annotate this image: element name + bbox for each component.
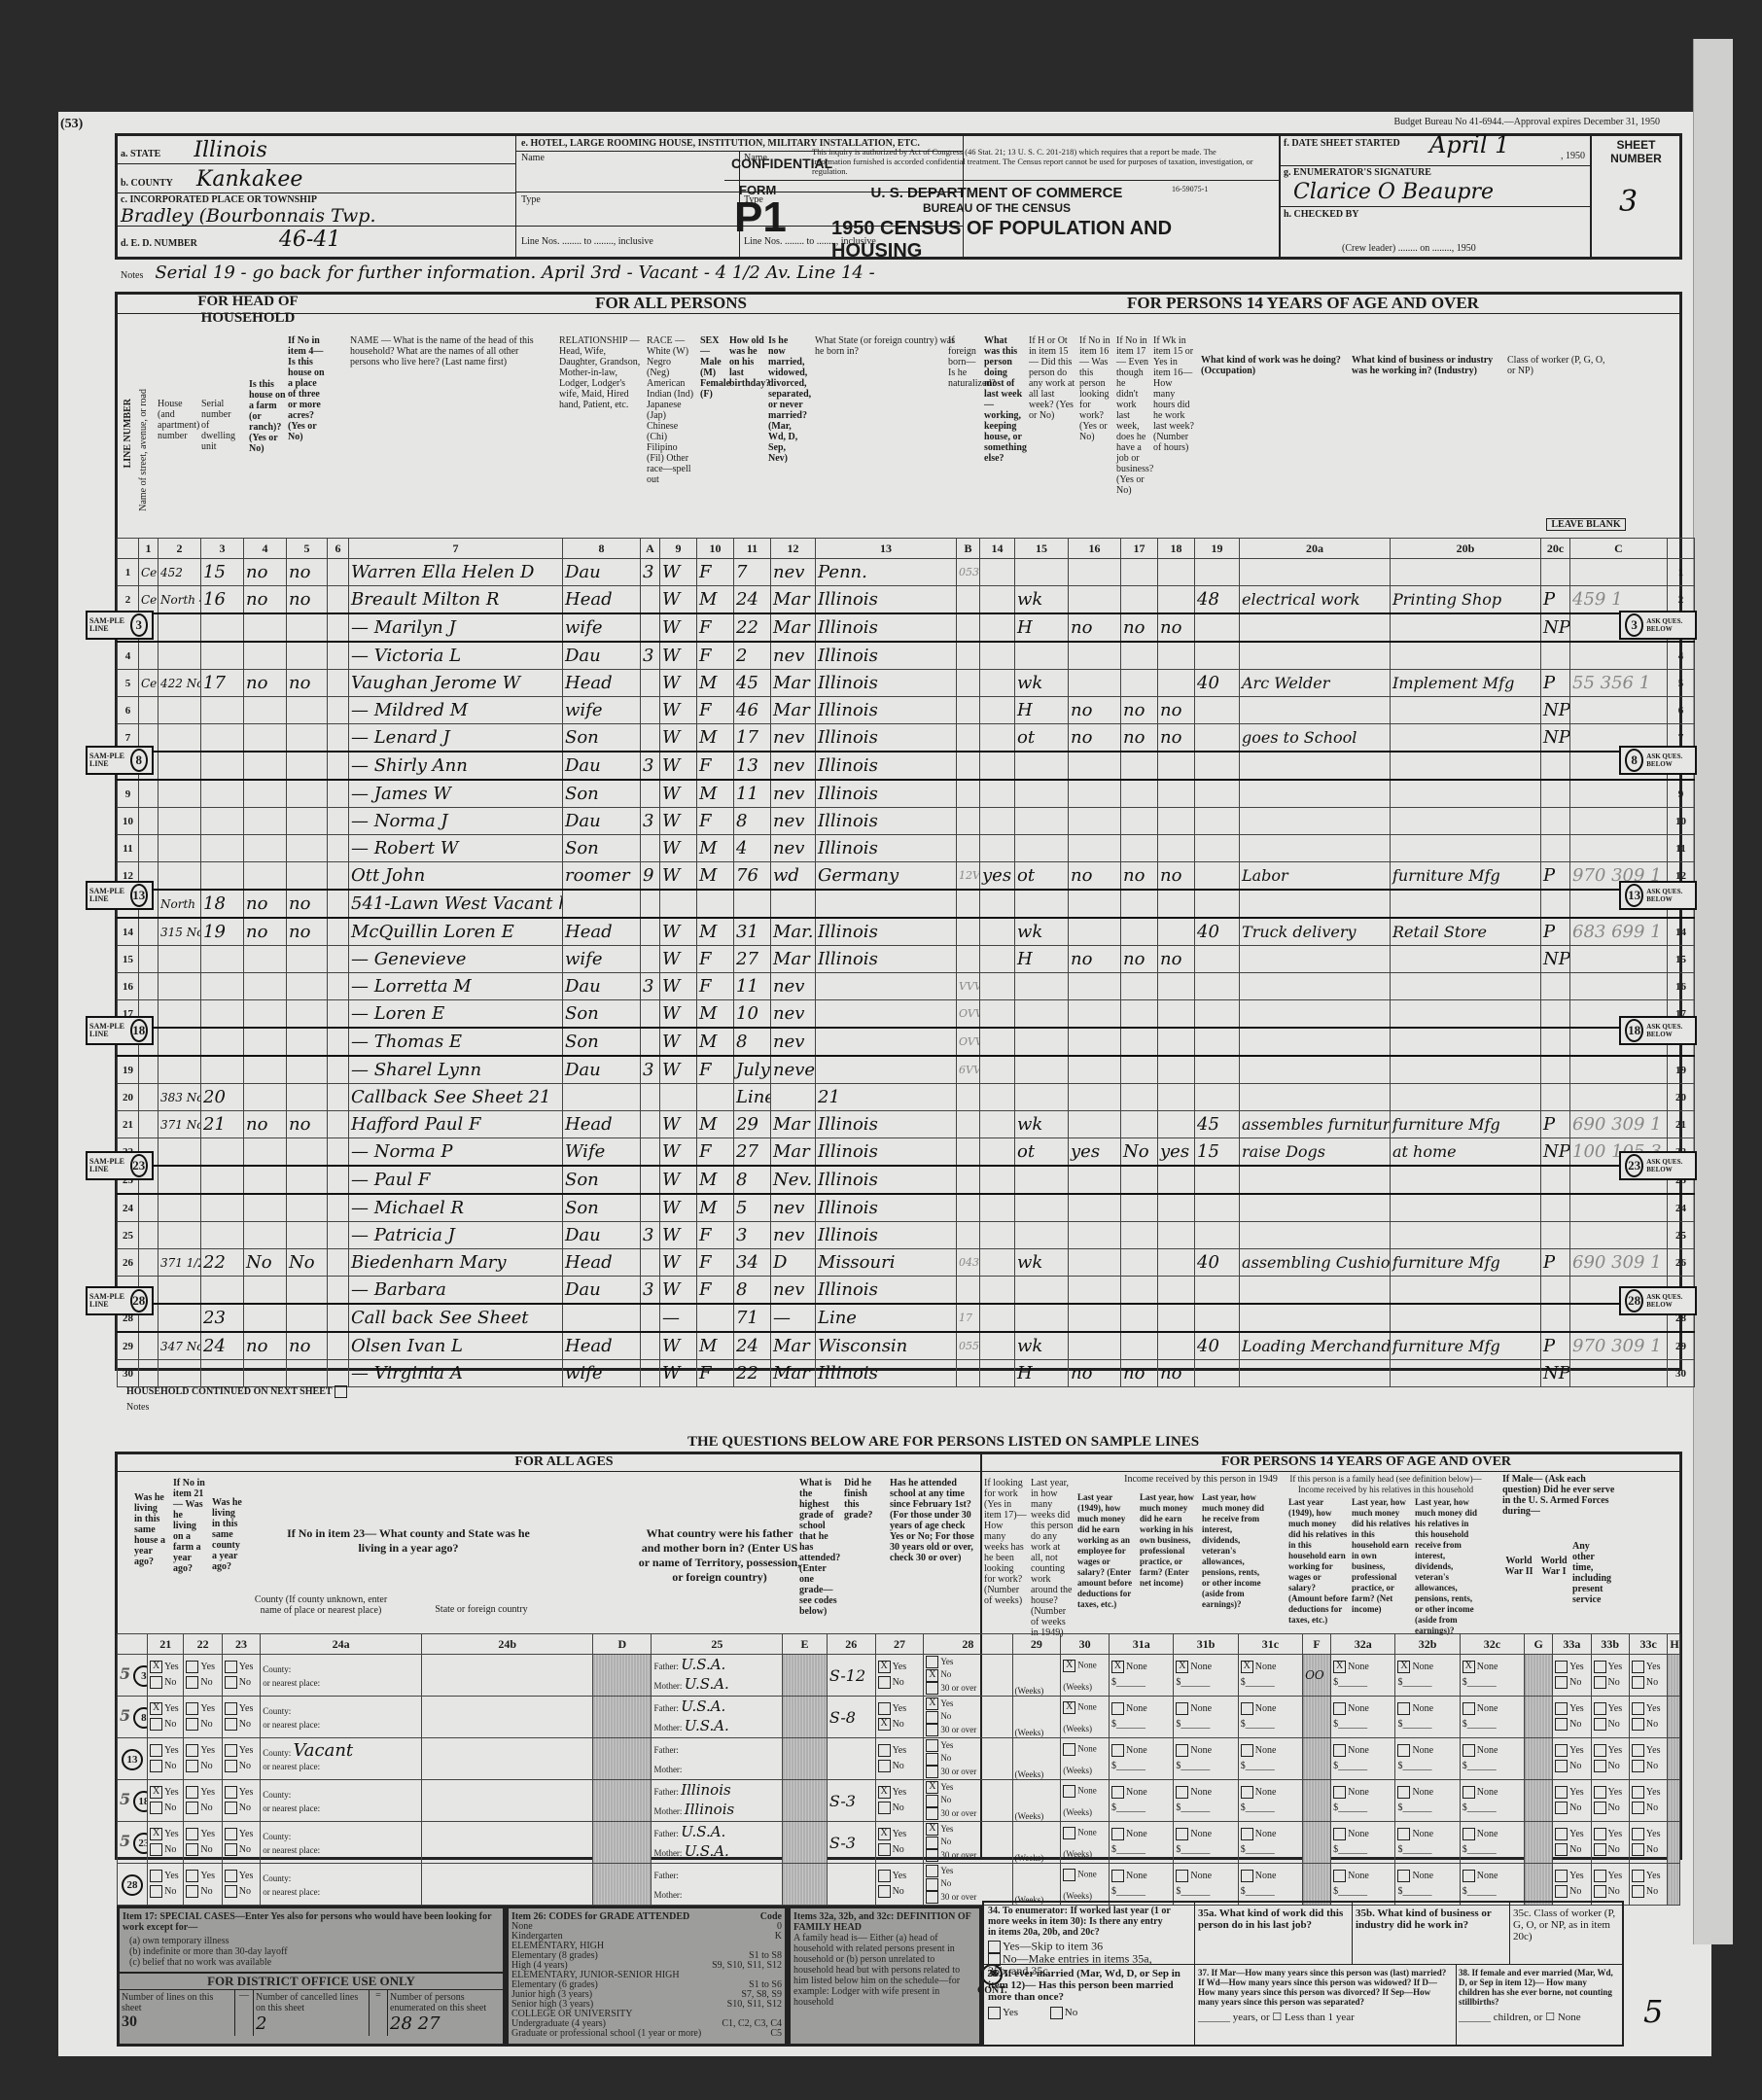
occupation-cell: Loading Merchandise: [1240, 1332, 1391, 1360]
q32c-none-checkbox[interactable]: X: [1462, 1661, 1475, 1673]
q32a-none-checkbox[interactable]: [1333, 1870, 1346, 1882]
q33a-no-checkbox[interactable]: [1555, 1885, 1568, 1898]
mother-birthplace[interactable]: Illinois: [685, 1801, 735, 1818]
table-row: 18— Thomas ESonWM8nevOVV18: [118, 1028, 1695, 1056]
q28-no-checkbox[interactable]: [926, 1753, 938, 1766]
father-birthplace[interactable]: U.S.A.: [681, 1823, 725, 1840]
q27-yes-checkbox[interactable]: [878, 1744, 891, 1757]
q33c-no-checkbox[interactable]: [1632, 1885, 1644, 1898]
q32c-none-checkbox[interactable]: [1462, 1702, 1475, 1715]
name-cell: — Mildred M: [349, 697, 563, 724]
race-cell: W: [660, 1249, 697, 1277]
q31a-none-checkbox[interactable]: [1111, 1702, 1124, 1715]
q28-header: Has he attended school at any time since…: [890, 1478, 975, 1563]
state-value[interactable]: [422, 1697, 593, 1738]
q32b-none-checkbox[interactable]: [1397, 1870, 1410, 1882]
q31b-none-checkbox[interactable]: X: [1176, 1661, 1188, 1673]
q31a-none-checkbox[interactable]: [1111, 1828, 1124, 1840]
industry-cell: [1391, 1166, 1541, 1194]
q21-no-checkbox[interactable]: [150, 1885, 162, 1898]
table-row: 23— Paul FSonWM8Nev.Illinois23: [118, 1166, 1695, 1194]
q33b-yes-checkbox[interactable]: [1594, 1828, 1606, 1840]
birthplace-cell: Illinois: [816, 835, 957, 862]
q30-none-checkbox[interactable]: [1063, 1827, 1075, 1839]
age-cell: 17: [734, 724, 771, 752]
q33c-no-checkbox[interactable]: [1632, 1760, 1644, 1772]
q27-yes-checkbox[interactable]: X: [878, 1828, 891, 1840]
q21-yes-checkbox[interactable]: X: [150, 1786, 162, 1799]
q33b-no-checkbox[interactable]: [1594, 1802, 1606, 1814]
q33a-yes-checkbox[interactable]: [1555, 1786, 1568, 1799]
q27-no-checkbox[interactable]: [878, 1885, 891, 1898]
q23-no-checkbox[interactable]: [225, 1885, 237, 1898]
q28-30-over-checkbox[interactable]: [926, 1724, 938, 1736]
q32b-none-checkbox[interactable]: [1397, 1828, 1410, 1840]
q21-no-checkbox[interactable]: [150, 1843, 162, 1856]
class-cell: [1541, 1000, 1570, 1029]
q33c-yes-checkbox[interactable]: [1632, 1661, 1644, 1673]
q33c-no-checkbox[interactable]: [1632, 1843, 1644, 1856]
grade-code-value: C5: [770, 2029, 782, 2039]
sample-column-number: 27: [875, 1634, 924, 1655]
q31c-none-checkbox[interactable]: [1241, 1786, 1253, 1799]
grade-attended[interactable]: S-3: [827, 1780, 875, 1822]
col13-header: What State (or foreign country) was he b…: [815, 335, 961, 357]
col10-header: SEX — Male (M) Female (F): [700, 335, 727, 400]
q23-no-checkbox[interactable]: [225, 1676, 237, 1689]
agriculture-number-cell: [328, 559, 349, 586]
q32a-none-checkbox[interactable]: X: [1333, 1661, 1346, 1673]
street-cell: [139, 1084, 159, 1111]
q33b-yes-checkbox[interactable]: [1594, 1786, 1606, 1799]
q31b-none-checkbox[interactable]: [1176, 1744, 1188, 1757]
birthplace-cell: Wisconsin: [816, 1332, 957, 1360]
activity-cell: wk: [1015, 1249, 1069, 1277]
b-cell: 6VV: [957, 1056, 980, 1084]
farm-cell: [244, 1360, 287, 1387]
rel-cell: Son: [563, 780, 641, 808]
job-cell: [1158, 1249, 1195, 1277]
q23-yes-checkbox[interactable]: [225, 1870, 237, 1882]
q33b-no-checkbox[interactable]: [1594, 1676, 1606, 1689]
birthplace-cell: [816, 1000, 957, 1029]
q33c-no-checkbox[interactable]: [1632, 1676, 1644, 1689]
q31b-none-checkbox[interactable]: [1176, 1702, 1188, 1715]
farm-cell: [244, 835, 287, 862]
activity-cell: [1015, 1222, 1069, 1249]
q28-no-checkbox[interactable]: [926, 1711, 938, 1724]
agriculture-number-cell: [328, 780, 349, 808]
q23-yes-checkbox[interactable]: [225, 1661, 237, 1673]
q28-yes-checkbox[interactable]: X: [926, 1823, 938, 1836]
q31c-none-checkbox[interactable]: [1241, 1744, 1253, 1757]
q21-no-checkbox[interactable]: [150, 1802, 162, 1814]
q33b-yes-checkbox[interactable]: [1594, 1661, 1606, 1673]
weeks-looking[interactable]: (Weeks): [1012, 1697, 1061, 1738]
q33b-no-checkbox[interactable]: [1594, 1718, 1606, 1731]
q31b-none-checkbox[interactable]: [1176, 1870, 1188, 1882]
sex-cell: M: [697, 1194, 734, 1222]
q22-yes-checkbox[interactable]: [186, 1661, 198, 1673]
birthplace-cell: 21: [816, 1084, 957, 1111]
state-value: Illinois: [194, 138, 267, 162]
leave-blank-h: [1668, 1697, 1680, 1738]
q21-yes-checkbox[interactable]: [150, 1870, 162, 1882]
q28-no-checkbox[interactable]: [926, 1878, 938, 1891]
q28-yes-checkbox[interactable]: [926, 1865, 938, 1877]
q32a-none-checkbox[interactable]: [1333, 1828, 1346, 1840]
q28-30-over-checkbox[interactable]: [926, 1807, 938, 1820]
q27-yes-checkbox[interactable]: [878, 1870, 891, 1882]
q21-yes-checkbox[interactable]: X: [150, 1661, 162, 1673]
farm-cell: [244, 1056, 287, 1084]
name-cell: — Loren E: [349, 1000, 563, 1029]
q30-none-checkbox[interactable]: [1063, 1869, 1075, 1881]
q33a-no-checkbox[interactable]: [1555, 1676, 1568, 1689]
q36-no-checkbox[interactable]: [1050, 2007, 1063, 2019]
q27-no-checkbox[interactable]: [878, 1802, 891, 1814]
leave-blank-d: [593, 1738, 652, 1780]
hours-cell: [1195, 1194, 1240, 1222]
table-row: 2823Call back See Sheet—71—Line1728: [118, 1304, 1695, 1332]
state-value[interactable]: [422, 1864, 593, 1906]
q34-yes-checkbox[interactable]: [988, 1941, 1001, 1953]
q21-no-checkbox[interactable]: [150, 1718, 162, 1731]
class-cell: P: [1541, 1249, 1570, 1277]
q31a-none-checkbox[interactable]: [1111, 1786, 1124, 1799]
q22-no-checkbox[interactable]: [186, 1676, 198, 1689]
serial-cell: [201, 1000, 244, 1029]
q28-no-checkbox[interactable]: X: [926, 1669, 938, 1682]
col8-header: RELATIONSHIP — Head, Wife, Daughter, Gra…: [559, 335, 642, 410]
job-cell: [1158, 559, 1195, 586]
q23-no-checkbox[interactable]: [225, 1718, 237, 1731]
class-cell: [1541, 1056, 1570, 1084]
q31c-none-checkbox[interactable]: [1241, 1828, 1253, 1840]
state-value[interactable]: [422, 1822, 593, 1864]
class-cell: [1541, 835, 1570, 862]
household-continued-checkbox[interactable]: [335, 1385, 347, 1398]
table-row: 21371 North21nonoHafford Paul FHeadWM29M…: [118, 1111, 1695, 1138]
q22-no-checkbox[interactable]: [186, 1802, 198, 1814]
q27-yes-checkbox[interactable]: [878, 1702, 891, 1715]
weeks-looking[interactable]: (Weeks): [1012, 1655, 1061, 1697]
q28-yes-checkbox[interactable]: X: [926, 1697, 938, 1710]
col5-header: If No in item 4— Is this house on a plac…: [288, 335, 325, 442]
job-cell: [1158, 1222, 1195, 1249]
q23-yes-checkbox[interactable]: [225, 1786, 237, 1799]
q27-yes-checkbox[interactable]: X: [878, 1786, 891, 1799]
sex-cell: M: [697, 1000, 734, 1029]
q30-none-checkbox[interactable]: [1063, 1785, 1075, 1798]
state-value[interactable]: [422, 1738, 593, 1780]
q33a-yes-checkbox[interactable]: [1555, 1661, 1568, 1673]
mother-birthplace[interactable]: U.S.A.: [685, 1675, 729, 1693]
looking-cell: [1121, 918, 1158, 946]
q27-no-checkbox[interactable]: [878, 1760, 891, 1772]
q28-yes-checkbox[interactable]: [926, 1656, 938, 1668]
q33c-yes-checkbox[interactable]: [1632, 1744, 1644, 1757]
q23-yes-checkbox[interactable]: [225, 1828, 237, 1840]
q33c-yes-checkbox[interactable]: [1632, 1870, 1644, 1882]
activity-cell: [1015, 1166, 1069, 1194]
q33b-header: World War I: [1537, 1556, 1570, 1577]
q33c-yes-checkbox[interactable]: [1632, 1828, 1644, 1840]
q33b-no-checkbox[interactable]: [1594, 1760, 1606, 1772]
looking-cell: [1121, 1222, 1158, 1249]
q33a-yes-checkbox[interactable]: [1555, 1828, 1568, 1840]
grade-attended[interactable]: [827, 1738, 875, 1780]
occupation-cell: assembles furniture: [1240, 1111, 1391, 1138]
q22-yes-checkbox[interactable]: [186, 1786, 198, 1799]
q30-none-checkbox[interactable]: X: [1063, 1701, 1075, 1714]
q32b-header: Last year, how much money did his relati…: [1352, 1497, 1412, 1615]
mother-birthplace[interactable]: U.S.A.: [685, 1717, 729, 1734]
q23-no-checkbox[interactable]: [225, 1760, 237, 1772]
q32c-none-checkbox[interactable]: [1462, 1870, 1475, 1882]
q32a-none-checkbox[interactable]: [1333, 1702, 1346, 1715]
q33a-no-checkbox[interactable]: [1555, 1760, 1568, 1772]
q22-no-checkbox[interactable]: [186, 1718, 198, 1731]
special-cases-box: Item 17: SPECIAL CASES—Enter Yes also fo…: [117, 1906, 506, 2047]
q33b-no-checkbox[interactable]: [1594, 1843, 1606, 1856]
q21-yes-checkbox[interactable]: X: [150, 1702, 162, 1715]
q28-30-over-checkbox[interactable]: [926, 1891, 938, 1904]
marital-cell: nev: [771, 973, 816, 1000]
house-cell: North 442: [159, 586, 201, 614]
q33a-no-checkbox[interactable]: [1555, 1718, 1568, 1731]
population-table: 12345678A910111213B14151617181920a20b20c…: [117, 538, 1695, 1387]
q23-yes-checkbox[interactable]: [225, 1702, 237, 1715]
father-birthplace[interactable]: U.S.A.: [681, 1697, 725, 1715]
weeks-looking[interactable]: (Weeks): [1012, 1822, 1061, 1864]
sample-margin-mark: 5: [120, 1706, 130, 1725]
q23-no-checkbox[interactable]: [225, 1802, 237, 1814]
b-cell: [957, 613, 980, 642]
q32a-none-checkbox[interactable]: [1333, 1744, 1346, 1757]
q22-no-checkbox[interactable]: [186, 1843, 198, 1856]
leave-blank-g: [1525, 1697, 1553, 1738]
industry-cell: [1391, 835, 1541, 862]
occupation-cell: [1240, 835, 1391, 862]
q31a-none-checkbox[interactable]: [1111, 1744, 1124, 1757]
birthplace-cell: Illinois: [816, 642, 957, 670]
ask-questions-below-badge: 3ASK QUES. BELOW: [1619, 611, 1697, 640]
street-cell: [139, 1056, 159, 1084]
q28-yes-checkbox[interactable]: [926, 1739, 938, 1752]
q33a-no-checkbox[interactable]: [1555, 1843, 1568, 1856]
q28-30-over-checkbox[interactable]: [926, 1766, 938, 1778]
nearest-place-label: or nearest place:: [263, 1887, 320, 1897]
q32c-none-checkbox[interactable]: [1462, 1786, 1475, 1799]
q21-yes-checkbox[interactable]: [150, 1744, 162, 1757]
occupation-cell: [1240, 973, 1391, 1000]
column-number: 9: [660, 539, 697, 559]
q31c-none-checkbox[interactable]: [1241, 1870, 1253, 1882]
leave-blank-g: [1525, 1655, 1553, 1697]
persons-label: Number of persons enumerated on this she…: [390, 1992, 501, 2013]
q33c-yes-checkbox[interactable]: [1632, 1786, 1644, 1799]
name-cell: — Sharel Lynn: [349, 1056, 563, 1084]
state-value[interactable]: [422, 1780, 593, 1822]
work-cell: [1069, 1056, 1121, 1084]
q34-text: 34. To enumerator: If worked last year (…: [988, 1906, 1173, 1938]
q33c-no-checkbox[interactable]: [1632, 1802, 1644, 1814]
q38-answer: ______ children, or ☐ None: [1459, 2011, 1619, 2023]
grade-attended[interactable]: S-8: [827, 1697, 875, 1738]
activity-cell: ot: [1015, 1138, 1069, 1167]
house-cell: [159, 613, 201, 642]
farm-cell: no: [244, 586, 287, 614]
grade-attended[interactable]: S-12: [827, 1655, 875, 1697]
age-cell: 34: [734, 1249, 771, 1277]
q23-no-checkbox[interactable]: [225, 1843, 237, 1856]
serial-cell: [201, 697, 244, 724]
nat-cell: [980, 1028, 1015, 1056]
leave-blank-f: [1303, 1864, 1331, 1906]
q36-yes-checkbox[interactable]: [988, 2007, 1001, 2019]
looking-cell: No: [1121, 1138, 1158, 1167]
col1-header: Name of street, avenue, or road: [138, 389, 152, 511]
name-cell: Hafford Paul F: [349, 1111, 563, 1138]
b-cell: 17: [957, 1304, 980, 1332]
farm-cell: [244, 724, 287, 752]
acres-cell: no: [287, 559, 328, 586]
marital-cell: nev: [771, 559, 816, 586]
line-number: 5: [1668, 670, 1695, 697]
job-cell: [1158, 1084, 1195, 1111]
q21-no-checkbox[interactable]: [150, 1676, 162, 1689]
q31c-none-checkbox[interactable]: X: [1241, 1661, 1253, 1673]
q23-yes-checkbox[interactable]: [225, 1744, 237, 1757]
q22-no-checkbox[interactable]: [186, 1760, 198, 1772]
sample-column-number: 30: [1061, 1634, 1110, 1655]
q28-yes-checkbox[interactable]: X: [926, 1781, 938, 1794]
q33a-yes-checkbox[interactable]: [1555, 1870, 1568, 1882]
q32c-none-checkbox[interactable]: [1462, 1744, 1475, 1757]
q33c-yes-checkbox[interactable]: [1632, 1702, 1644, 1715]
county-label: County:: [263, 1664, 291, 1674]
q33c-no-checkbox[interactable]: [1632, 1718, 1644, 1731]
house-cell: [159, 1028, 201, 1056]
grade-attended[interactable]: [827, 1864, 875, 1906]
father-birthplace[interactable]: U.S.A.: [681, 1656, 725, 1673]
marital-cell: wd: [771, 862, 816, 891]
q22-yes-checkbox[interactable]: [186, 1870, 198, 1882]
q31a-none-checkbox[interactable]: [1111, 1870, 1124, 1882]
q33b-yes-checkbox[interactable]: [1594, 1870, 1606, 1882]
agriculture-number-cell: [328, 1138, 349, 1167]
q27-no-checkbox[interactable]: [878, 1843, 891, 1856]
q28-30-over-checkbox[interactable]: [926, 1849, 938, 1862]
q32b-none-checkbox[interactable]: X: [1397, 1661, 1410, 1673]
q22-yes-checkbox[interactable]: [186, 1702, 198, 1715]
q32a-none-checkbox[interactable]: [1333, 1786, 1346, 1799]
rel-cell: Dau: [563, 559, 641, 586]
farm-cell: [244, 1084, 287, 1111]
grade-code-label: Graduate or professional school (1 year …: [511, 2029, 701, 2039]
agriculture-number-cell: [328, 1166, 349, 1194]
q32c-none-checkbox[interactable]: [1462, 1828, 1475, 1840]
table-row: 5Center422 North17nonoVaughan Jerome WHe…: [118, 670, 1695, 697]
county-value[interactable]: Vacant: [293, 1740, 353, 1761]
q32b-none-checkbox[interactable]: [1397, 1702, 1410, 1715]
q33a-yes-checkbox[interactable]: [1555, 1702, 1568, 1715]
weeks-looking[interactable]: (Weeks): [1012, 1780, 1061, 1822]
q30-none-checkbox[interactable]: [1063, 1743, 1075, 1756]
industry-cell: [1391, 1028, 1541, 1056]
nat-cell: [980, 780, 1015, 808]
race-cell: W: [660, 862, 697, 891]
farm-cell: [244, 973, 287, 1000]
q31a-none-checkbox[interactable]: X: [1111, 1661, 1124, 1673]
q32b-none-checkbox[interactable]: [1397, 1786, 1410, 1799]
nat-cell: [980, 1056, 1015, 1084]
agriculture-number-cell: [328, 1332, 349, 1360]
b-cell: [957, 890, 980, 918]
name-cell: — Genevieve: [349, 946, 563, 973]
work-cell: [1069, 670, 1121, 697]
nat-cell: [980, 835, 1015, 862]
q28-no-checkbox[interactable]: [926, 1837, 938, 1849]
q33b-no-checkbox[interactable]: [1594, 1885, 1606, 1898]
q22-yes-checkbox[interactable]: [186, 1744, 198, 1757]
job-cell: [1158, 1028, 1195, 1056]
mother-birthplace[interactable]: U.S.A.: [685, 1842, 729, 1860]
age-cell: 5: [734, 1194, 771, 1222]
leave-blank-h: [1668, 1864, 1680, 1906]
grade-attended[interactable]: S-3: [827, 1822, 875, 1864]
q32b-none-checkbox[interactable]: [1397, 1744, 1410, 1757]
q27-yes-checkbox[interactable]: X: [878, 1661, 891, 1673]
q30-none-checkbox[interactable]: X: [1063, 1660, 1075, 1672]
q28-no-checkbox[interactable]: [926, 1795, 938, 1807]
q22-no-checkbox[interactable]: [186, 1885, 198, 1898]
street-cell: [139, 808, 159, 835]
column-number: 2: [159, 539, 201, 559]
q33b-yes-checkbox[interactable]: [1594, 1702, 1606, 1715]
activity-cell: [1015, 1056, 1069, 1084]
q33b-yes-checkbox[interactable]: [1594, 1744, 1606, 1757]
q31c-none-checkbox[interactable]: [1241, 1702, 1253, 1715]
q33a-yes-checkbox[interactable]: [1555, 1744, 1568, 1757]
q27-no-checkbox[interactable]: [878, 1676, 891, 1689]
father-birthplace[interactable]: Illinois: [681, 1781, 731, 1799]
race-cell: W: [660, 1222, 697, 1249]
weeks-looking[interactable]: (Weeks): [1012, 1738, 1061, 1780]
q33a-no-checkbox[interactable]: [1555, 1802, 1568, 1814]
column-number: 10: [697, 539, 734, 559]
state-value[interactable]: [422, 1655, 593, 1697]
q31b-none-checkbox[interactable]: [1176, 1786, 1188, 1799]
industry-cell: [1391, 559, 1541, 586]
class-cell: NP: [1541, 613, 1570, 642]
q21-no-checkbox[interactable]: [150, 1760, 162, 1772]
looking-cell: [1121, 586, 1158, 614]
q28-30-over-checkbox[interactable]: [926, 1682, 938, 1695]
q21-yes-checkbox[interactable]: X: [150, 1828, 162, 1840]
leave-blank-e: [783, 1738, 828, 1780]
marital-cell: —: [771, 1304, 816, 1332]
line-number: 6: [1668, 697, 1695, 724]
q22-yes-checkbox[interactable]: [186, 1828, 198, 1840]
street-cell: [139, 1360, 159, 1387]
weeks-looking[interactable]: (Weeks): [1012, 1864, 1061, 1906]
q27-no-checkbox[interactable]: X: [878, 1718, 891, 1731]
sex-cell: F: [697, 1360, 734, 1387]
occupation-cell: [1240, 1166, 1391, 1194]
q31b-none-checkbox[interactable]: [1176, 1828, 1188, 1840]
